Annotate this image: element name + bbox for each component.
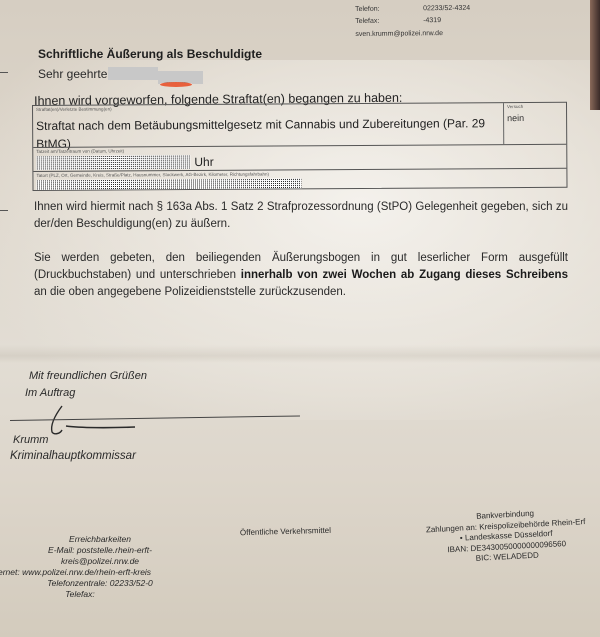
- paragraph-opportunity: Ihnen wird hiermit nach § 163a Abs. 1 Sa…: [34, 199, 568, 233]
- salutation: Sehr geehrte: [38, 63, 203, 84]
- footer-fax: Telefax:: [0, 589, 200, 600]
- phone-row: Telefon: 02233/52-4324: [355, 3, 470, 16]
- footer-email-line2: kreis@polizei.nrw.de: [0, 556, 200, 567]
- footer-phone: Telefonzentrale: 02233/52-0: [0, 578, 200, 589]
- time-row: Uhr: [36, 155, 213, 170]
- phone-value: 02233/52-4324: [423, 3, 470, 15]
- fax-value: -4319: [423, 15, 441, 27]
- deadline-text: innerhalb von zwei Wochen ab Zugang dies…: [241, 269, 568, 281]
- offense-table: Straftat(en)/Verletzte Bestimmung(en) St…: [32, 102, 568, 191]
- table-edge: [590, 0, 600, 110]
- footer-transport: Öffentliche Verkehrsmittel: [240, 526, 331, 539]
- paragraph-instructions: Sie werden gebeten, den beiliegenden Äuß…: [34, 250, 568, 301]
- footer-reachability: Erreichbarkeiten E-Mail: poststelle.rhei…: [0, 534, 200, 600]
- on-behalf: Im Auftrag: [25, 387, 75, 399]
- header-contact: Telefon: 02233/52-4324 Telefax: -4319 sv…: [355, 3, 470, 41]
- offense-caption: Straftat(en)/Verletzte Bestimmung(en): [36, 107, 112, 112]
- redacted-time: [36, 155, 190, 170]
- instructions-text-end: an die oben angegebene Polizeidienststel…: [34, 286, 346, 298]
- email-address: sven.krumm@polizei.nrw.de: [355, 28, 470, 41]
- signer-rank: Kriminalhauptkommissar: [10, 450, 136, 462]
- time-suffix: Uhr: [194, 155, 213, 169]
- footer-internet: ernet: www.polizei.nrw.de/rhein-erft-kre…: [0, 567, 200, 578]
- paper-fold: [0, 345, 600, 363]
- fold-mark: [0, 210, 8, 211]
- fax-label: Telefax:: [355, 15, 423, 28]
- redacted-name: [108, 67, 158, 80]
- salutation-text: Sehr geehrte: [38, 67, 107, 81]
- red-mark: [160, 82, 192, 87]
- location-caption: Tatort (PLZ, Ort, Gemeinde, Kreis, Straß…: [36, 172, 269, 178]
- redacted-location: [36, 178, 301, 190]
- phone-label: Telefon:: [355, 3, 423, 16]
- letter-title: Schriftliche Äußerung als Beschuldigte: [38, 47, 262, 61]
- attempt-value: nein: [507, 113, 524, 123]
- fax-row: Telefax: -4319: [355, 15, 470, 28]
- column-divider: [503, 103, 504, 144]
- footer-bank: Bankverbindung Zahlungen an: Kreispolize…: [395, 504, 600, 568]
- time-caption: Tatzeit am/Tatzeitraum von (Datum, Uhrze…: [36, 148, 124, 154]
- signer-name: Krumm: [13, 434, 48, 446]
- reachability-heading: Erreichbarkeiten: [0, 534, 200, 545]
- footer-email-line1: E-Mail: poststelle.rhein-erft-: [0, 545, 200, 556]
- fold-mark: [0, 72, 8, 73]
- closing-greeting: Mit freundlichen Grüßen: [29, 370, 147, 382]
- attempt-caption: Versuch: [507, 104, 523, 109]
